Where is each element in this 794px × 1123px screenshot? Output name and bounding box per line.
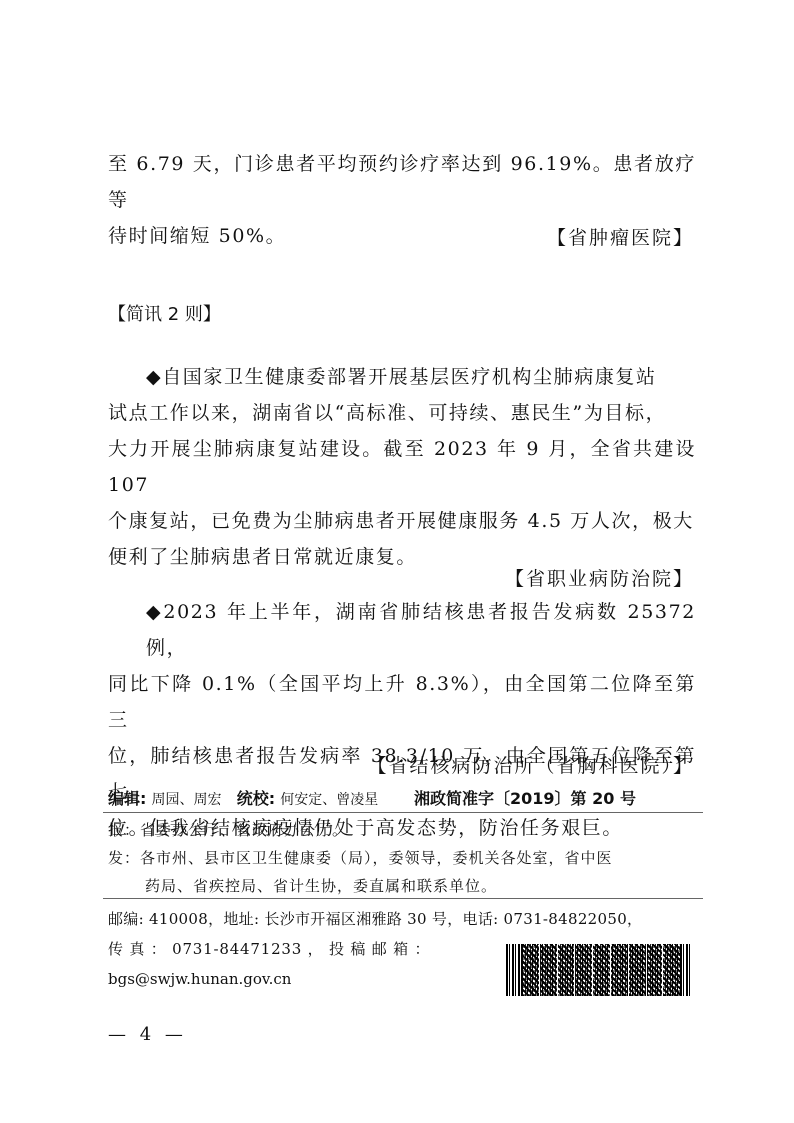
text-line: 同比下降 0.1%（全国平均上升 8.3%），由全国第二位降至第三 bbox=[108, 666, 696, 738]
barcode-pattern bbox=[522, 944, 680, 996]
divider bbox=[103, 898, 703, 899]
editor-info: 编辑: 周园、周宏 统校: 何安定、曾凌星 bbox=[108, 787, 378, 812]
page-number: — 4 — bbox=[108, 1024, 187, 1045]
section-heading: 【简讯 2 则】 bbox=[108, 300, 221, 326]
contact-line: 邮编: 410008，地址: 长沙市开福区湘雅路 30 号，电话: 0731-8… bbox=[108, 905, 642, 933]
report-to: 报：省委办公厅、省政府办公厅。 bbox=[108, 816, 348, 844]
editor-label: 编辑: bbox=[108, 789, 146, 808]
send-to-line: 发：各市州、县市区卫生健康委（局），委领导，委机关各处室，省中医 bbox=[108, 844, 613, 872]
text-line: ◆自国家卫生健康委部署开展基层医疗机构尘肺病康复站 bbox=[108, 359, 696, 395]
source-attribution: 【省职业病防治院】 bbox=[505, 567, 694, 591]
proof-label: 统校: bbox=[237, 789, 275, 808]
editors: 周园、周宏 bbox=[152, 792, 222, 808]
text-line: 个康复站，已免费为尘肺病患者开展健康服务 4.5 万人次，极大 bbox=[108, 503, 696, 539]
text-line: ◆2023 年上半年，湖南省肺结核患者报告发病数 25372 例， bbox=[108, 594, 696, 666]
text-line: 大力开展尘肺病康复站建设。截至 2023 年 9 月，全省共建设 107 bbox=[108, 431, 696, 503]
text-line: 试点工作以来，湖南省以“高标准、可持续、惠民生”为目标， bbox=[108, 395, 696, 431]
text-line: 至 6.79 天，门诊患者平均预约诊疗率达到 96.19%。患者放疗等 bbox=[108, 146, 696, 218]
email-address: bgs@swjw.hunan.gov.cn bbox=[108, 965, 291, 993]
permit-number: 湘政简准字〔2019〕第 20 号 bbox=[414, 787, 636, 811]
barcode-image bbox=[506, 944, 692, 996]
divider bbox=[103, 812, 703, 813]
proofreaders: 何安定、曾凌星 bbox=[280, 792, 378, 808]
send-to-line: 药局、省疾控局、省计生协，委直属和联系单位。 bbox=[145, 872, 497, 900]
contact-line: 传 真 ： 0731-84471233 ， 投 稿 邮 箱 ： bbox=[108, 935, 430, 963]
source-attribution: 【省结核病防治所（省胸科医院）】 bbox=[367, 754, 694, 778]
source-attribution: 【省肿瘤医院】 bbox=[547, 226, 694, 250]
brief-item-1: ◆自国家卫生健康委部署开展基层医疗机构尘肺病康复站 试点工作以来，湖南省以“高标… bbox=[108, 359, 696, 575]
